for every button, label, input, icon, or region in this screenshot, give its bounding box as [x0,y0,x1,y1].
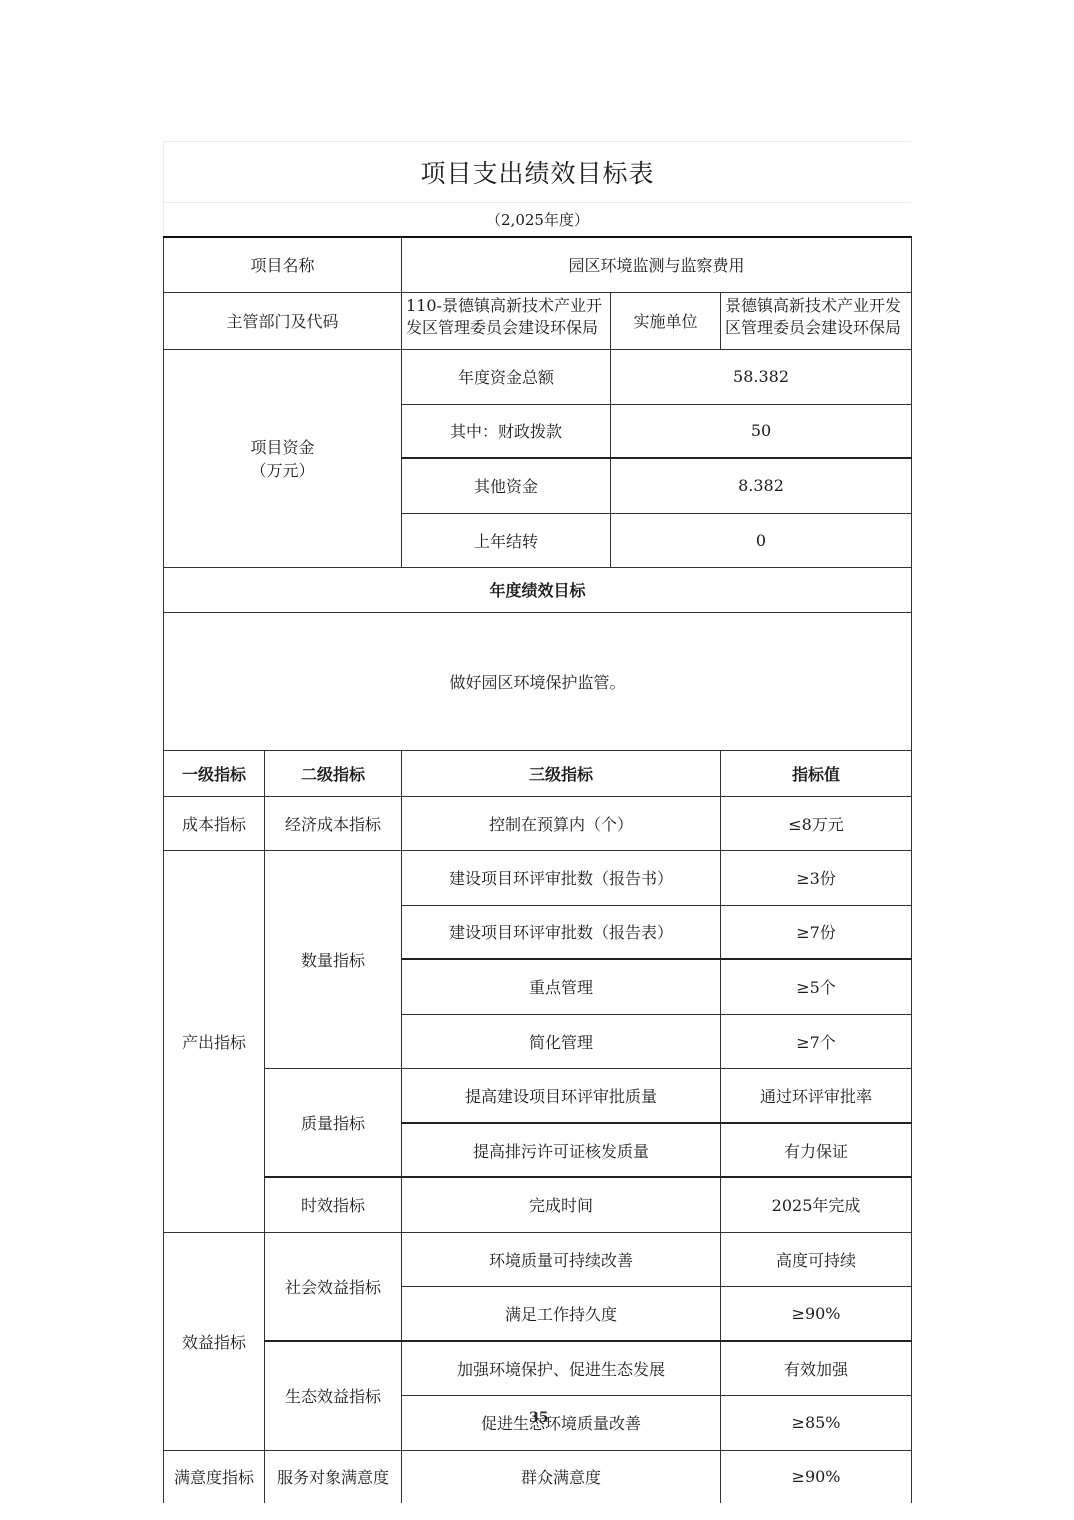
header-value: 指标值 [721,750,912,796]
level1-cost: 成本指标 [164,796,265,850]
level1-benefit: 效益指标 [164,1232,265,1450]
performance-table: 项目名称 园区环境监测与监察费用 主管部门及代码 110-景德镇高新技术产业开发… [163,236,912,1503]
funds-item-label: 其他资金 [402,458,611,513]
indicator-value: ≥85% [721,1395,912,1450]
header-level3: 三级指标 [402,750,721,796]
funds-item-label: 上年结转 [402,513,611,567]
funds-item-label: 年度资金总额 [402,349,611,404]
indicator-value: 2025年完成 [721,1177,912,1232]
level2-social: 社会效益指标 [265,1232,402,1341]
indicator-value: ≤8万元 [721,796,912,850]
indicator-value: ≥90% [721,1286,912,1341]
implementing-unit-value: 景德镇高新技术产业开发区管理委员会建设环保局 [721,293,911,349]
indicator-value: ≥7个 [721,1014,912,1068]
funds-item-value: 0 [611,513,912,567]
level2-service-satisfaction: 服务对象满意度 [265,1450,402,1503]
funds-item-value: 58.382 [611,349,912,404]
implementing-unit-label: 实施单位 [611,292,721,349]
indicator-name: 控制在预算内（个） [402,796,721,850]
performance-target-sheet: 项目支出绩效目标表 （2,025年度） 项目名称 园区环境监测与监察费用 主管部… [163,141,911,1503]
indicator-value: 有力保证 [721,1123,912,1177]
funds-item-value: 50 [611,404,912,458]
indicator-name: 建设项目环评审批数（报告书） [402,850,721,905]
project-name-row: 项目名称 园区环境监测与监察费用 [164,237,912,292]
indicator-name: 促进生态环境质量改善 [402,1395,721,1450]
level2-quantity: 数量指标 [265,850,402,1068]
indicator-value: 有效加强 [721,1341,912,1395]
funds-label: 项目资金 （万元） [164,349,402,567]
indicator-name: 提高建设项目环评审批质量 [402,1068,721,1123]
indicator-value: ≥3份 [721,850,912,905]
project-name-value: 园区环境监测与监察费用 [402,237,912,292]
fiscal-year: （2,025年度） [163,202,911,236]
indicator-name: 满足工作持久度 [402,1286,721,1341]
indicator-row: 满意度指标 服务对象满意度 群众满意度 ≥90% [164,1450,912,1503]
indicator-value: 高度可持续 [721,1232,912,1286]
indicator-name: 完成时间 [402,1177,721,1232]
funds-row: 项目资金 （万元） 年度资金总额 58.382 [164,349,912,404]
indicator-value: 通过环评审批率 [721,1068,912,1123]
level2-quality: 质量指标 [265,1068,402,1177]
level2-economic-cost: 经济成本指标 [265,796,402,850]
indicator-name: 重点管理 [402,959,721,1014]
level1-output: 产出指标 [164,850,265,1232]
indicator-row: 成本指标 经济成本指标 控制在预算内（个） ≤8万元 [164,796,912,850]
indicator-row: 产出指标 数量指标 建设项目环评审批数（报告书） ≥3份 [164,850,912,905]
indicator-name: 提高排污许可证核发质量 [402,1123,721,1177]
goal-header: 年度绩效目标 [164,567,912,612]
indicator-row: 效益指标 社会效益指标 环境质量可持续改善 高度可持续 [164,1232,912,1286]
indicator-row: 时效指标 完成时间 2025年完成 [164,1177,912,1232]
indicator-name: 群众满意度 [402,1450,721,1503]
level2-timeliness: 时效指标 [265,1177,402,1232]
page-title: 项目支出绩效目标表 [163,141,911,202]
funds-item-label: 其中：财政拨款 [402,404,611,458]
department-value: 110-景德镇高新技术产业开发区管理委员会建设环保局 [402,293,610,349]
indicator-value: ≥7份 [721,905,912,959]
indicator-value: ≥5个 [721,959,912,1014]
header-level1: 一级指标 [164,750,265,796]
indicator-name: 环境质量可持续改善 [402,1232,721,1286]
department-row: 主管部门及代码 110-景德镇高新技术产业开发区管理委员会建设环保局 实施单位 … [164,292,912,349]
goal-row: 做好园区环境保护监管。 [164,612,912,750]
indicator-row: 质量指标 提高建设项目环评审批质量 通过环评审批率 [164,1068,912,1123]
indicator-row: 生态效益指标 加强环境保护、促进生态发展 有效加强 [164,1341,912,1395]
header-level2: 二级指标 [265,750,402,796]
department-label: 主管部门及代码 [164,292,402,349]
funds-label-line2: （万元） [164,458,401,481]
level2-ecological: 生态效益指标 [265,1341,402,1450]
level1-satisfaction: 满意度指标 [164,1450,265,1503]
project-name-label: 项目名称 [164,237,402,292]
funds-label-line1: 项目资金 [164,435,401,458]
goal-text: 做好园区环境保护监管。 [164,612,912,750]
indicator-name: 简化管理 [402,1014,721,1068]
funds-item-value: 8.382 [611,458,912,513]
goal-header-row: 年度绩效目标 [164,567,912,612]
indicator-name: 加强环境保护、促进生态发展 [402,1341,721,1395]
indicator-header-row: 一级指标 二级指标 三级指标 指标值 [164,750,912,796]
page-number: 35 [529,1410,548,1426]
indicator-value: ≥90% [721,1450,912,1503]
indicator-name: 建设项目环评审批数（报告表） [402,905,721,959]
